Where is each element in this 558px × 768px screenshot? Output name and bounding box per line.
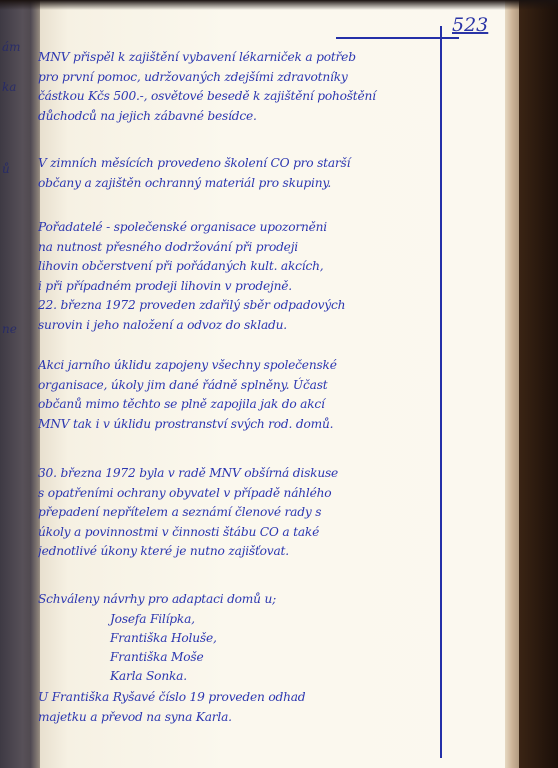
text-line: úkoly a povinnostmi v činnosti štábu CO …: [38, 523, 436, 543]
text-line: Akci jarního úklidu zapojeny všechny spo…: [38, 356, 436, 376]
text-line: důchodců na jejich zábavné besídce.: [38, 107, 436, 127]
text-line: jednotlivé úkony které je nutno zajišťov…: [38, 542, 436, 562]
paragraph-first-aid: MNV přispěl k zajištění vybavení lékarni…: [38, 48, 436, 126]
paragraph-property-transfer: U Františka Ryšavé číslo 19 proveden odh…: [38, 688, 436, 727]
text-line: V zimních měsících provedeno školení CO …: [38, 154, 436, 174]
top-shadow: [0, 0, 558, 10]
text-line: MNV přispěl k zajištění vybavení lékarni…: [38, 48, 436, 68]
text-line: majetku a převod na syna Karla.: [38, 708, 436, 728]
book-cover: [519, 0, 558, 768]
text-line: s opatřeními ochrany obyvatel v případě …: [38, 484, 436, 504]
left-page-fragment: ám: [2, 40, 21, 54]
list-item: Františka Holuše,: [38, 629, 436, 648]
left-page-fragment: ů: [2, 162, 10, 176]
text-line: U Františka Ryšavé číslo 19 proveden odh…: [38, 688, 436, 708]
page-stack-edge: [505, 0, 519, 768]
list-item: Josefa Filípka,: [38, 610, 436, 629]
text-line: částkou Kčs 500.-, osvětové besedě k zaj…: [38, 87, 436, 107]
paragraph-council-meeting: 30. března 1972 byla v radě MNV obšírná …: [38, 464, 436, 562]
text-line: Pořadatelé - společenské organisace upoz…: [38, 218, 436, 238]
text-line: i při případném prodeji lihovin v prodej…: [38, 277, 436, 297]
paragraph-organisers: Pořadatelé - společenské organisace upoz…: [38, 218, 436, 335]
list-item: Karla Sonka.: [38, 667, 436, 686]
text-line: přepadení nepřítelem a seznámí členové r…: [38, 503, 436, 523]
paragraph-civil-defence-training: V zimních měsících provedeno školení CO …: [38, 154, 436, 193]
text-line: MNV tak i v úklidu prostranství svých ro…: [38, 415, 436, 435]
text-line: 22. března 1972 proveden zdařilý sběr od…: [38, 296, 436, 316]
text-line: organisace, úkoly jim dané řádně splněny…: [38, 376, 436, 396]
text-line: pro první pomoc, udržovaných zdejšími zd…: [38, 68, 436, 88]
margin-rule: [440, 26, 442, 758]
text-line: občany a zajištěn ochranný materiál pro …: [38, 174, 436, 194]
page-number: 523: [452, 14, 488, 36]
text-line: Schváleny návrhy pro adaptaci domů u;: [38, 590, 436, 610]
paragraph-adaptations: Schváleny návrhy pro adaptaci domů u;: [38, 590, 436, 610]
adaptation-list: Josefa Filípka, Františka Holuše, Franti…: [38, 610, 436, 686]
text-line: 30. března 1972 byla v radě MNV obšírná …: [38, 464, 436, 484]
paragraph-spring-cleanup: Akci jarního úklidu zapojeny všechny spo…: [38, 356, 436, 434]
left-page-fragment: ka: [2, 80, 16, 94]
left-page-fragment: ne: [2, 322, 17, 336]
text-line: na nutnost přesného dodržování při prode…: [38, 238, 436, 258]
text-line: lihovin občerstvení při pořádaných kult.…: [38, 257, 436, 277]
list-item: Františka Moše: [38, 648, 436, 667]
text-line: občanů mimo těchto se plně zapojila jak …: [38, 395, 436, 415]
text-line: surovin i jeho naložení a odvoz do sklad…: [38, 316, 436, 336]
